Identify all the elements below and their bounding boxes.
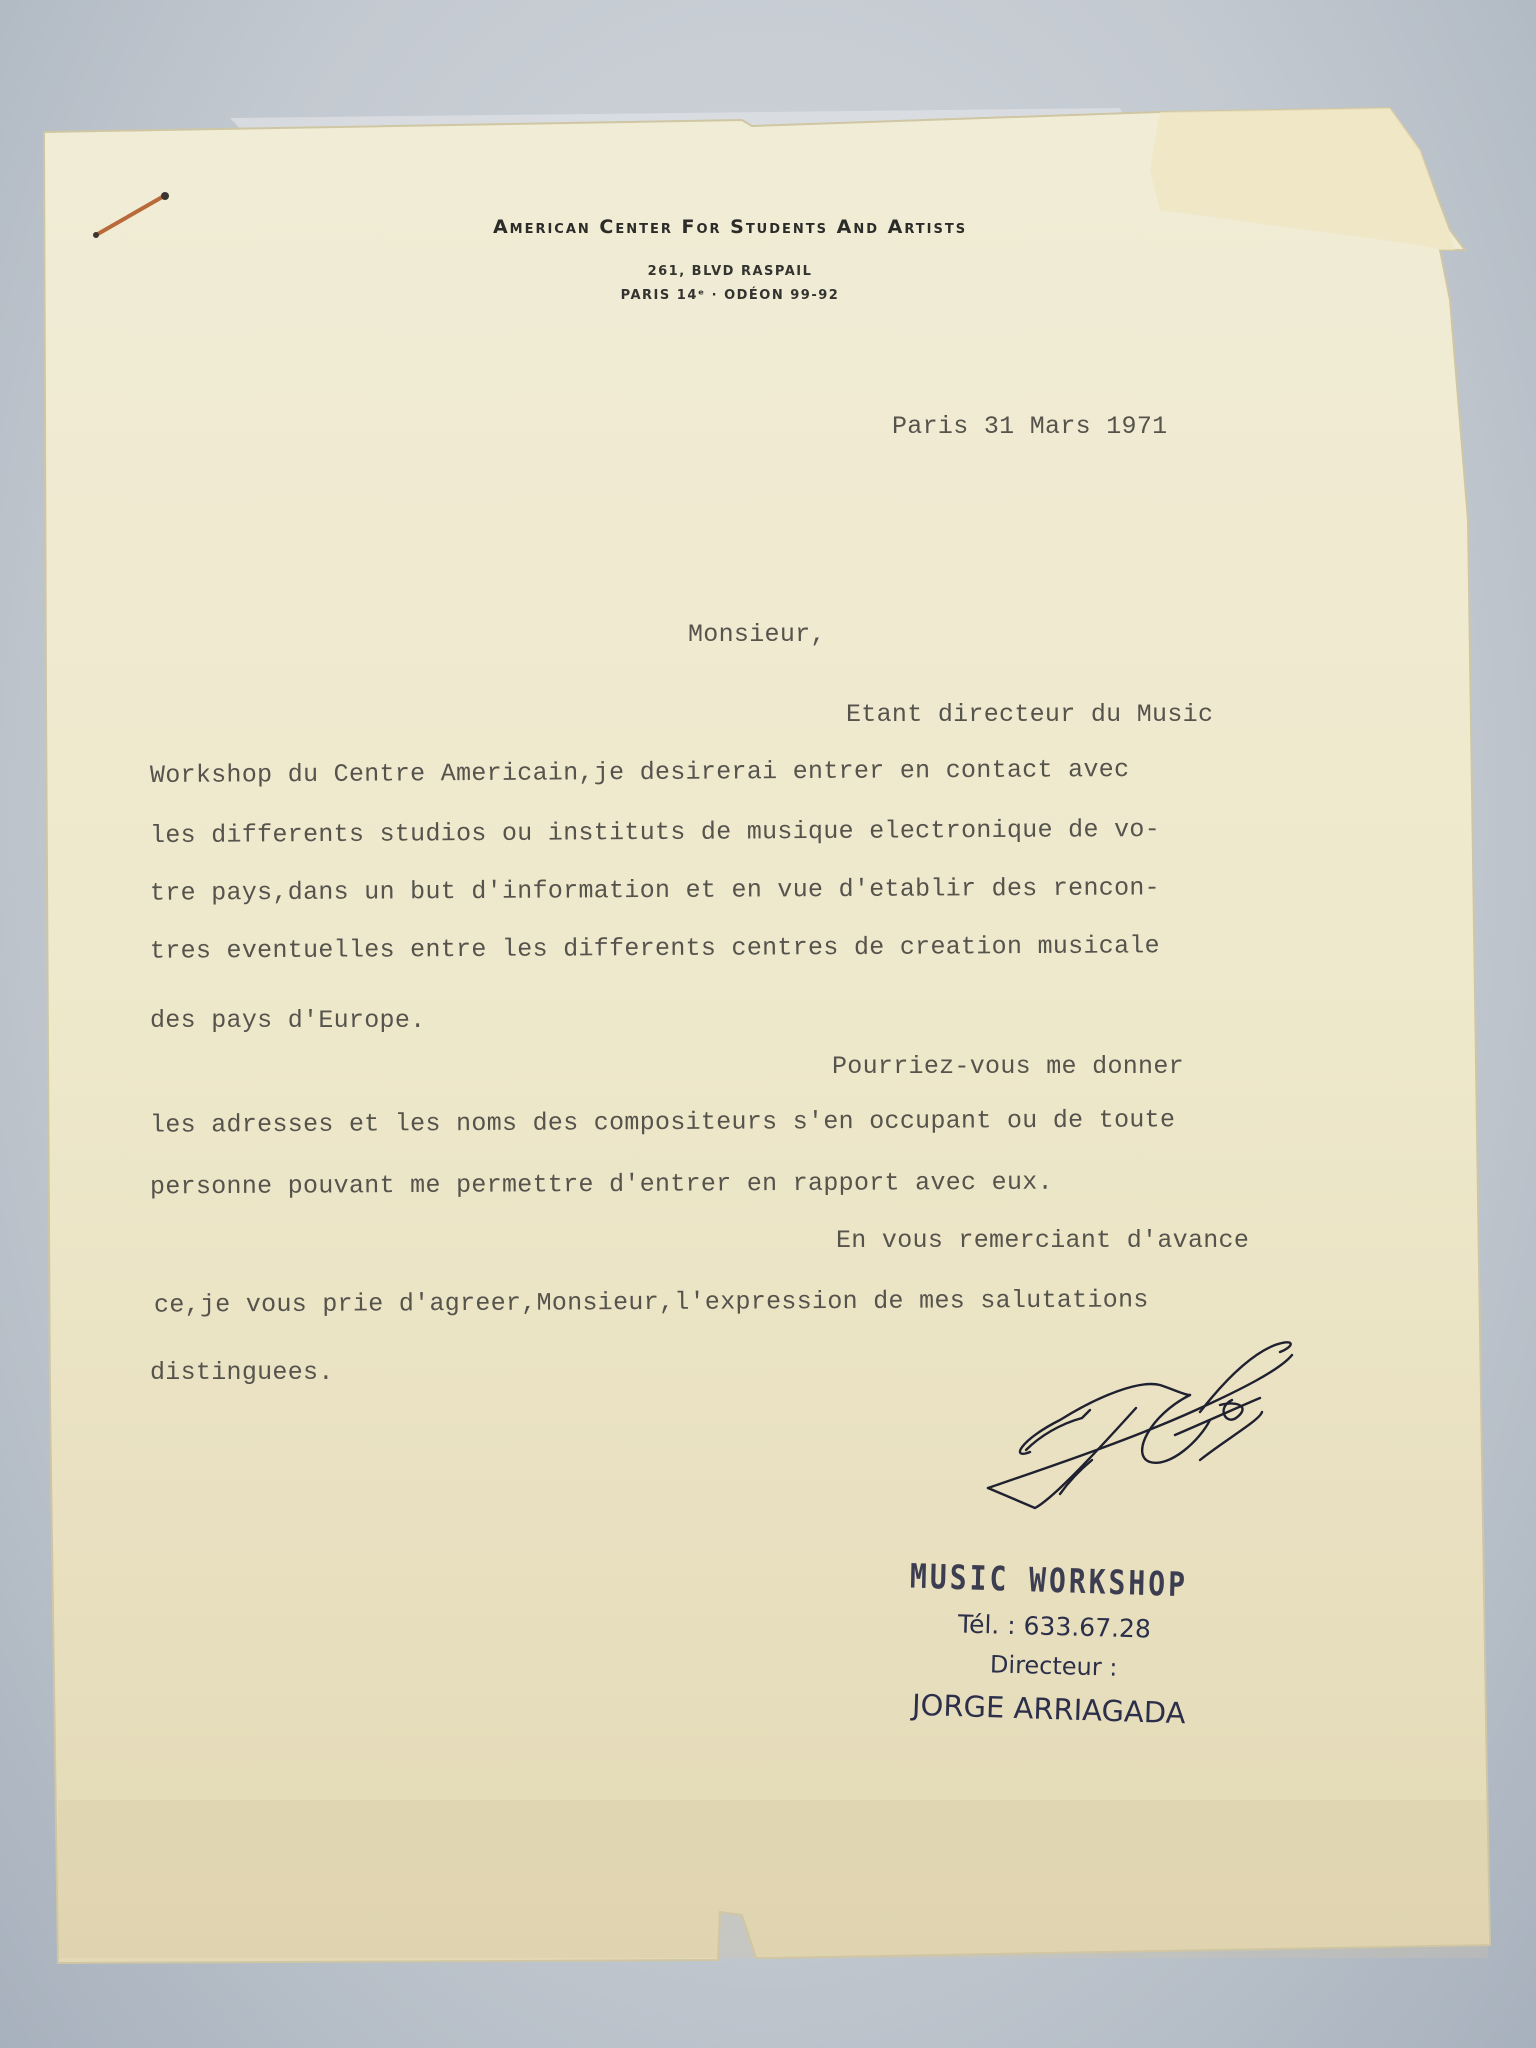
letter-page: American Center For Students And Artists… [0,0,1536,2048]
stamp-phone: Tél. : 633.67.28 [958,1609,1152,1643]
handwritten-signature-icon [0,0,1536,2048]
stamp-role: Directeur : [990,1650,1118,1681]
